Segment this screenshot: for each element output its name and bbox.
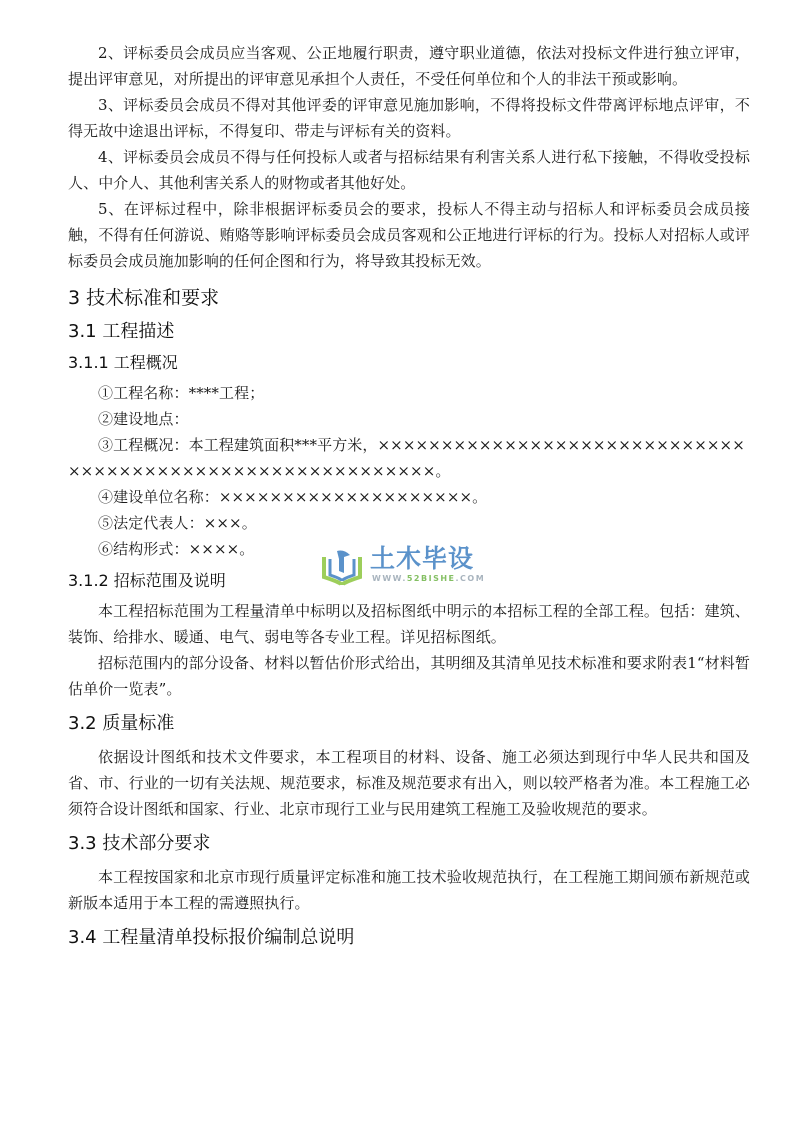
watermark-title: 土木毕设 bbox=[370, 545, 474, 573]
section-3-heading: 3 技术标准和要求 bbox=[68, 286, 750, 310]
section-3-4-heading: 3.4 工程量清单投标报价编制总说明 bbox=[68, 926, 750, 950]
rule-paragraph-5: 5、在评标过程中，除非根据评标委员会的要求，投标人不得主动与招标人和评标委员会成… bbox=[68, 196, 750, 274]
rule-paragraph-2: 2、评标委员会成员应当客观、公正地履行职责，遵守职业道德，依法对投标文件进行独立… bbox=[68, 40, 750, 92]
section-3-1-1-heading: 3.1.1 工程概况 bbox=[68, 352, 750, 374]
section-3-1-heading: 3.1 工程描述 bbox=[68, 320, 750, 344]
scope-paragraph-1: 本工程招标范围为工程量清单中标明以及招标图纸中明示的本招标工程的全部工程。包括：… bbox=[68, 598, 750, 650]
section-3-2-heading: 3.2 质量标准 bbox=[68, 712, 750, 736]
construction-site-item: ②建设地点： bbox=[68, 406, 750, 432]
quality-standard-paragraph: 依据设计图纸和技术文件要求，本工程项目的材料、设备、施工必须达到现行中华人民共和… bbox=[68, 744, 750, 822]
url-prefix: WWW. bbox=[372, 574, 407, 583]
item-value: ×××。 bbox=[204, 514, 257, 532]
item-label: ⑥结构形式： bbox=[98, 540, 189, 558]
item-label: ④建设单位名称： bbox=[98, 488, 219, 506]
item-value: ××××××××××××××××××××。 bbox=[219, 488, 487, 506]
url-highlight: 52BISHE bbox=[407, 574, 456, 583]
item-label: ②建设地点： bbox=[98, 410, 189, 428]
item-label: ①工程名称： bbox=[98, 384, 189, 402]
project-overview-item: ③工程概况：本工程建筑面积***平方米，××××××××××××××××××××… bbox=[68, 432, 750, 484]
scope-paragraph-2: 招标范围内的部分设备、材料以暂估价形式给出，其明细及其清单见技术标准和要求附表1… bbox=[68, 650, 750, 702]
project-name-item: ①工程名称：****工程； bbox=[68, 380, 750, 406]
item-value: ****工程； bbox=[189, 384, 265, 402]
rule-paragraph-3: 3、评标委员会成员不得对其他评委的评审意见施加影响，不得将投标文件带离评标地点评… bbox=[68, 92, 750, 144]
watermark: 土木毕设 WWW.52BISHE.COM bbox=[320, 545, 485, 589]
item-label: ③工程概况： bbox=[98, 436, 189, 454]
rule-paragraph-4: 4、评标委员会成员不得与任何投标人或者与招标结果有利害关系人进行私下接触，不得收… bbox=[68, 144, 750, 196]
watermark-url: WWW.52BISHE.COM bbox=[372, 574, 485, 583]
item-label: ⑤法定代表人： bbox=[98, 514, 204, 532]
owner-unit-item: ④建设单位名称：××××××××××××××××××××。 bbox=[68, 484, 750, 510]
legal-representative-item: ⑤法定代表人：×××。 bbox=[68, 510, 750, 536]
document-page: 2、评标委员会成员应当客观、公正地履行职责，遵守职业道德，依法对投标文件进行独立… bbox=[68, 40, 750, 958]
url-suffix: .COM bbox=[456, 574, 486, 583]
item-value: ××××。 bbox=[189, 540, 255, 558]
technical-requirements-paragraph: 本工程按国家和北京市现行质量评定标准和施工技术验收规范执行，在工程施工期间颁布新… bbox=[68, 864, 750, 916]
section-3-3-heading: 3.3 技术部分要求 bbox=[68, 832, 750, 856]
open-book-bird-logo-icon bbox=[320, 547, 364, 587]
